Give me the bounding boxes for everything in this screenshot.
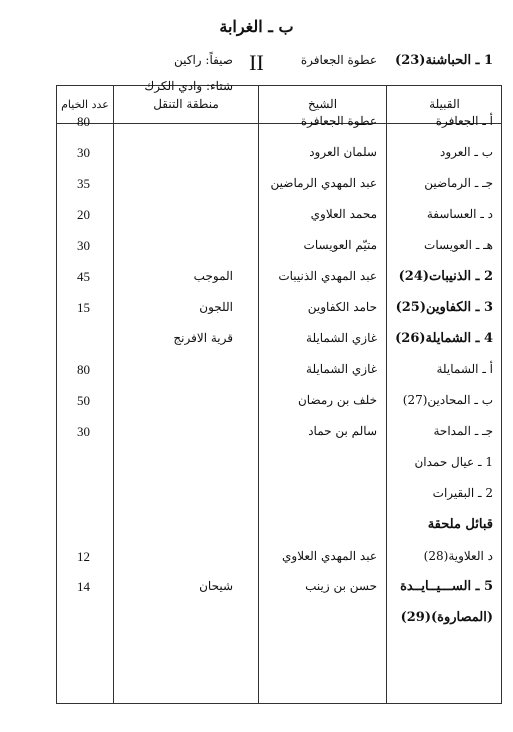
cell-tribe: 2 ـ الذنيبات(24) [399,269,493,284]
cell-tribe: 2 ـ البقيرات [433,486,493,500]
cell-area: الموجب [194,269,233,283]
cell-tents: 45 [77,269,90,285]
cell-tribe: 3 ـ الكفاوين(25) [396,300,493,315]
cell-sheikh: غازي الشمايلة [306,331,377,345]
cell-area: شتاء: وادي الكرك [144,79,233,93]
cell-tents: 15 [77,300,90,316]
cell-tribe: (المصاروة)(29) [401,610,493,625]
cell-sheikh: خلف بن رمضان [298,393,377,407]
cell-sheikh: عبد المهدي العلاوي [282,549,377,563]
cell-sheikh: محمد العلاوي [311,207,377,221]
cell-tents: 30 [77,145,90,161]
cell-area: قرية الافرنج [173,331,233,345]
cell-sheikh: حسن بن زينب [305,579,377,593]
cell-sheikh: عبد المهدي الرماضين [271,176,378,190]
column-divider [386,86,387,703]
cell-tents: 30 [77,424,90,440]
cell-tribe: د العلاوية(28) [424,549,493,563]
cell-area: شيحان [199,579,233,593]
cell-tribe: أ ـ الجعافرة [436,114,493,128]
cell-tents: 12 [77,549,90,565]
tribes-table: القبيلة الشيخ منطقة التنقل عدد الخيام 1 … [56,85,502,704]
cell-tribe: جـ ـ المداحة [434,424,494,438]
cell-sheikh: سالم بن حماد [308,424,377,438]
cell-tents: 35 [77,176,90,192]
cell-tribe: أ ـ الشمايلة [436,362,493,376]
cell-sheikh: غازي الشمايلة [306,362,377,376]
cell-tents: 20 [77,207,90,223]
cell-tents: 80 [77,114,90,130]
column-divider [258,86,259,703]
cell-sheikh: متيّم العويسات [304,238,377,252]
cell-tribe: د ـ العساسفة [427,207,493,221]
cell-tents: 50 [77,393,90,409]
cell-area: اللجون [199,300,233,314]
cell-tents: 30 [77,238,90,254]
cell-tents: 80 [77,362,90,378]
cell-tents: 14 [77,579,90,595]
header-divider [57,123,501,124]
cell-tribe: قبائل ملحقة [428,517,493,532]
cell-tribe: 1 ـ الحباشنة(23) [395,53,493,68]
cell-sheikh: عطوة الجعافرة [301,53,377,67]
cell-sheikh: حامد الكفاوين [308,300,377,314]
section-title: ب ـ الغرابة [0,17,513,36]
cell-tribe: ب ـ العرود [440,145,493,159]
cell-tribe: جـ ـ الرماضين [424,176,493,190]
cell-tribe: 1 ـ عيال حمدان [414,455,493,469]
column-divider [113,86,114,703]
cell-tribe: 5 ـ الســـيــايــدة [400,579,493,594]
cell-sheikh: سلمان العرود [309,145,377,159]
cell-sheikh: عطوة الجعافرة [301,114,377,128]
cell-tribe: 4 ـ الشمايلة(26) [395,331,493,346]
cell-tribe: هـ ـ العويسات [424,238,493,252]
cell-area: صيفاً: راكين [174,53,233,67]
cell-sheikh: عبد المهدي الذنيبات [278,269,377,283]
cell-tribe: ب ـ المحادين(27) [403,393,493,407]
